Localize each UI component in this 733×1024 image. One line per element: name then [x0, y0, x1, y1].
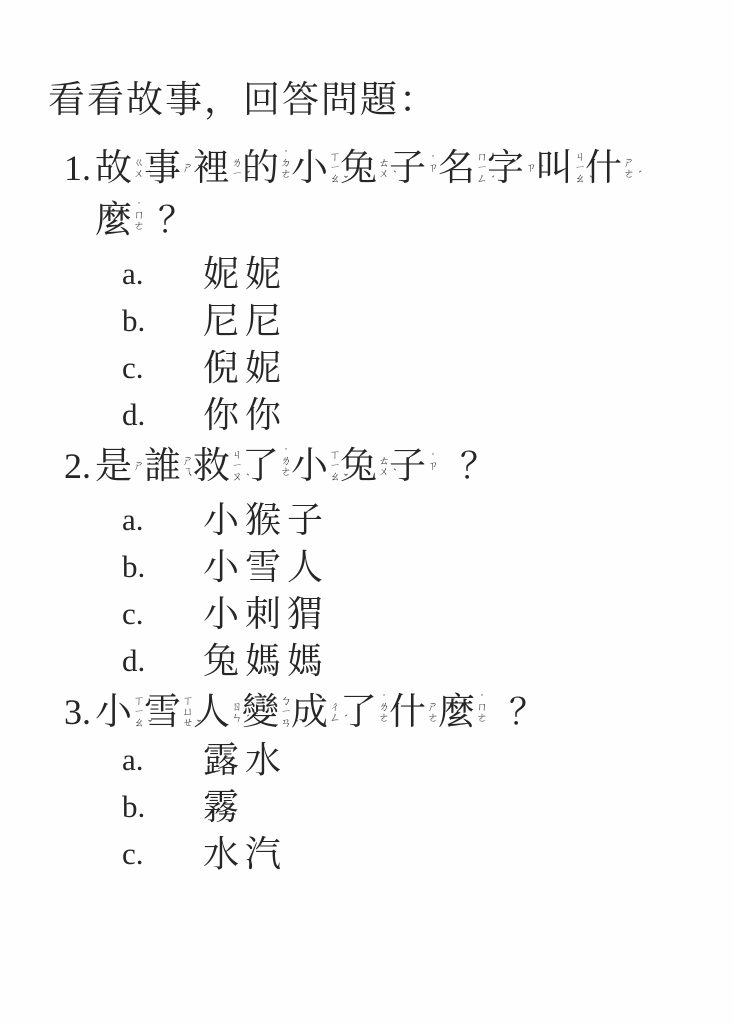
option-text: 倪妮	[203, 350, 287, 388]
tone-mark: ˋ	[148, 170, 152, 180]
zhuyin-annotation: ㄕㄜˊ	[623, 158, 635, 180]
option-row: d.你你	[122, 397, 287, 444]
question-1-options: a.妮妮b.尼尼c.倪妮d.你你	[122, 256, 287, 444]
zhuyin-glyph: ㄜ	[379, 713, 390, 724]
tone-mark: ˋ	[393, 170, 397, 180]
zhuyin-annotation: ㄔㄥˊ	[329, 702, 341, 724]
question-mark: ？	[158, 202, 194, 238]
option-letter: a.	[122, 256, 203, 292]
page-title: 看看故事，回答問題：	[48, 82, 438, 119]
option-row: c.倪妮	[122, 350, 287, 397]
zhuyin-annotation: ㄐㄧㄠˋ	[574, 152, 586, 185]
zhuyin-glyph: ㄠ	[134, 718, 145, 729]
question-2-options: a.小猴子b.小雪人c.小刺猬d.兔媽媽	[122, 502, 329, 690]
han-char-unit: 什ㄕㄜˊ	[389, 694, 438, 731]
zhuyin-glyph: ㄠ	[330, 174, 341, 185]
option-letter: a.	[122, 742, 203, 778]
option-text: 尼尼	[203, 303, 287, 341]
zhuyin-glyph: ㄣ	[232, 713, 243, 724]
tone-mark: ˇ	[148, 719, 152, 729]
zhuyin-glyph: ㄕ	[428, 702, 439, 713]
scanned-worksheet-page: 看看故事，回答問題： 1.故ㄍㄨˋ事ㄕˋ裡ㄌㄧˇ的ㄉㄜ˙小ㄒㄧㄠˇ兔ㄊㄨˋ子ㄗ˙…	[0, 0, 733, 1024]
tone-mark: ˙	[431, 154, 435, 164]
han-char: 什	[389, 694, 426, 731]
option-letter: c.	[122, 596, 203, 632]
tone-mark: ˇ	[197, 719, 201, 729]
zhuyin-glyph: ㄨ	[134, 169, 145, 180]
han-char: 小	[291, 150, 328, 187]
zhuyin-glyph: ㄠ	[575, 174, 586, 185]
zhuyin-glyph: ㄊ	[379, 158, 390, 169]
zhuyin-glyph: ㄢ	[281, 718, 292, 729]
tone-mark: ˙	[480, 693, 484, 703]
zhuyin-annotation: ㄒㄧㄠˇ	[329, 450, 341, 483]
zhuyin-glyph: ㄜ	[281, 467, 292, 478]
option-letter: b.	[122, 789, 203, 825]
tone-mark: ˙	[284, 149, 288, 159]
question-number: 1.	[64, 150, 95, 188]
question-number: 2.	[64, 448, 95, 486]
option-text: 小猴子	[203, 502, 329, 540]
option-row: b.霧	[122, 789, 287, 836]
zhuyin-annotation: ㄖㄣˊ	[231, 702, 243, 724]
zhuyin-annotation: ㄕˋ	[133, 461, 145, 472]
option-text: 小刺猬	[203, 596, 329, 634]
zhuyin-annotation: ㄒㄧㄠˇ	[133, 696, 145, 729]
option-text: 小雪人	[203, 549, 329, 587]
han-char-unit: 麼ㄇㄜ˙	[95, 202, 144, 239]
zhuyin-glyph: ㄜ	[281, 169, 292, 180]
zhuyin-annotation: ㄒㄩㄝˇ	[182, 696, 194, 729]
question-3-options: a.露水b.霧c.水汽	[122, 742, 287, 883]
han-char: 名	[438, 150, 475, 187]
question-1-stem-line-1: 1.故ㄍㄨˋ事ㄕˋ裡ㄌㄧˇ的ㄉㄜ˙小ㄒㄧㄠˇ兔ㄊㄨˋ子ㄗ˙名ㄇㄧㄥˊ字ㄗˋ叫ㄐㄧ…	[64, 150, 634, 188]
zhuyin-glyph: ㄖ	[232, 702, 243, 713]
tone-mark: ˇ	[246, 170, 250, 180]
question-3-stem-line-1: 3.小ㄒㄧㄠˇ雪ㄒㄩㄝˇ人ㄖㄣˊ變ㄅㄧㄢˋ成ㄔㄥˊ了ㄌㄜ˙什ㄕㄜˊ麼ㄇㄜ˙？	[64, 694, 545, 732]
option-row: c.水汽	[122, 836, 287, 883]
option-row: a.露水	[122, 742, 287, 789]
tone-mark: ˋ	[589, 175, 593, 185]
zhuyin-annotation: ㄗ˙	[427, 461, 439, 472]
tone-mark: ˊ	[197, 468, 201, 478]
han-char: 是	[95, 448, 132, 485]
tone-mark: ˇ	[344, 175, 348, 185]
han-char: 小	[291, 448, 328, 485]
zhuyin-annotation: ㄗˋ	[525, 163, 537, 174]
zhuyin-annotation: ㄇㄜ˙	[476, 702, 488, 724]
question-1-stem-line-2: 麼ㄇㄜ˙？	[95, 202, 194, 239]
han-char-unit: 小ㄒㄧㄠˇ	[291, 150, 340, 187]
zhuyin-annotation: ㄐㄧㄡˋ	[231, 450, 243, 483]
question-2-stem-line-1: 2.是ㄕˋ誰ㄕㄟˊ救ㄐㄧㄡˋ了ㄌㄜ˙小ㄒㄧㄠˇ兔ㄊㄨˋ子ㄗ˙？	[64, 448, 496, 486]
tone-mark: ˋ	[246, 473, 250, 483]
han-char: 麼	[95, 202, 132, 239]
zhuyin-glyph: ㄕ	[183, 456, 194, 467]
zhuyin-glyph: ㄧ	[232, 169, 243, 180]
option-letter: d.	[122, 643, 203, 679]
han-char-unit: 是ㄕˋ	[95, 448, 144, 485]
option-text: 露水	[203, 742, 287, 780]
han-char-unit: 故ㄍㄨˋ	[95, 150, 144, 187]
option-row: c.小刺猬	[122, 596, 329, 643]
zhuyin-glyph: ㄠ	[330, 472, 341, 483]
tone-mark: ˊ	[638, 170, 642, 180]
tone-mark: ˊ	[442, 714, 446, 724]
zhuyin-annotation: ㄕㄟˊ	[182, 456, 194, 478]
zhuyin-annotation: ㄇㄜ˙	[133, 210, 145, 232]
zhuyin-annotation: ㄌㄧˇ	[231, 158, 243, 180]
option-letter: a.	[122, 502, 203, 538]
tone-mark: ˋ	[148, 462, 152, 472]
tone-mark: ˋ	[295, 719, 299, 729]
tone-mark: ˊ	[344, 714, 348, 724]
option-letter: b.	[122, 549, 203, 585]
zhuyin-annotation: ㄊㄨˋ	[378, 456, 390, 478]
zhuyin-glyph: ㄝ	[183, 718, 194, 729]
option-letter: d.	[122, 397, 203, 433]
zhuyin-annotation: ㄊㄨˋ	[378, 158, 390, 180]
zhuyin-glyph: ㄟ	[183, 467, 194, 478]
zhuyin-annotation: ㄌㄜ˙	[378, 702, 390, 724]
zhuyin-glyph: ㄕ	[624, 158, 635, 169]
zhuyin-annotation: ㄇㄧㄥˊ	[476, 152, 488, 185]
option-text: 兔媽媽	[203, 643, 329, 681]
option-text: 你你	[203, 397, 287, 435]
tone-mark: ˋ	[197, 164, 201, 174]
zhuyin-glyph: ㄜ	[134, 221, 145, 232]
question-mark: ？	[509, 694, 545, 730]
zhuyin-annotation: ㄕㄜˊ	[427, 702, 439, 724]
han-char: 小	[95, 694, 132, 731]
zhuyin-glyph: ㄕ	[183, 163, 194, 174]
option-text: 妮妮	[203, 256, 287, 294]
tone-mark: ˙	[284, 447, 288, 457]
zhuyin-glyph: ㄊ	[379, 456, 390, 467]
zhuyin-annotation: ㄌㄜ˙	[280, 456, 292, 478]
zhuyin-glyph: ㄥ	[330, 713, 341, 724]
option-row: a.小猴子	[122, 502, 329, 549]
han-char-unit: 小ㄒㄧㄠˇ	[95, 694, 144, 731]
zhuyin-glyph: ㄡ	[232, 472, 243, 483]
zhuyin-annotation: ㄒㄧㄠˇ	[329, 152, 341, 185]
tone-mark: ˇ	[344, 473, 348, 483]
option-text: 霧	[203, 789, 245, 827]
zhuyin-glyph: ㄕ	[134, 461, 145, 472]
tone-mark: ˋ	[393, 468, 397, 478]
zhuyin-glyph: ㄜ	[477, 713, 488, 724]
zhuyin-annotation: ㄉㄜ˙	[280, 158, 292, 180]
zhuyin-annotation: ㄅㄧㄢˋ	[280, 696, 292, 729]
han-char: 故	[95, 150, 132, 187]
zhuyin-glyph: ㄌ	[232, 158, 243, 169]
zhuyin-glyph: ㄍ	[134, 158, 145, 169]
option-letter: b.	[122, 303, 203, 339]
tone-mark: ˋ	[540, 164, 544, 174]
zhuyin-glyph: ㄥ	[477, 174, 488, 185]
option-row: d.兔媽媽	[122, 643, 329, 690]
option-text: 水汽	[203, 836, 287, 874]
tone-mark: ˊ	[491, 175, 495, 185]
han-char-unit: 小ㄒㄧㄠˇ	[291, 448, 340, 485]
zhuyin-glyph: ㄨ	[379, 169, 390, 180]
tone-mark: ˙	[382, 693, 386, 703]
option-letter: c.	[122, 350, 203, 386]
zhuyin-glyph: ㄜ	[428, 713, 439, 724]
option-row: b.小雪人	[122, 549, 329, 596]
zhuyin-annotation: ㄕˋ	[182, 163, 194, 174]
zhuyin-glyph: ㄗ	[526, 163, 537, 174]
question-mark: ？	[460, 448, 496, 484]
option-row: b.尼尼	[122, 303, 287, 350]
tone-mark: ˙	[137, 201, 141, 211]
question-number: 3.	[64, 694, 95, 732]
tone-mark: ˙	[431, 452, 435, 462]
option-row: a.妮妮	[122, 256, 287, 303]
option-letter: c.	[122, 836, 203, 872]
zhuyin-glyph: ㄔ	[330, 702, 341, 713]
tone-mark: ˊ	[246, 714, 250, 724]
zhuyin-glyph: ㄜ	[624, 169, 635, 180]
han-char-unit: 名ㄇㄧㄥˊ	[438, 150, 487, 187]
zhuyin-annotation: ㄗ˙	[427, 163, 439, 174]
zhuyin-annotation: ㄍㄨˋ	[133, 158, 145, 180]
zhuyin-glyph: ㄨ	[379, 467, 390, 478]
